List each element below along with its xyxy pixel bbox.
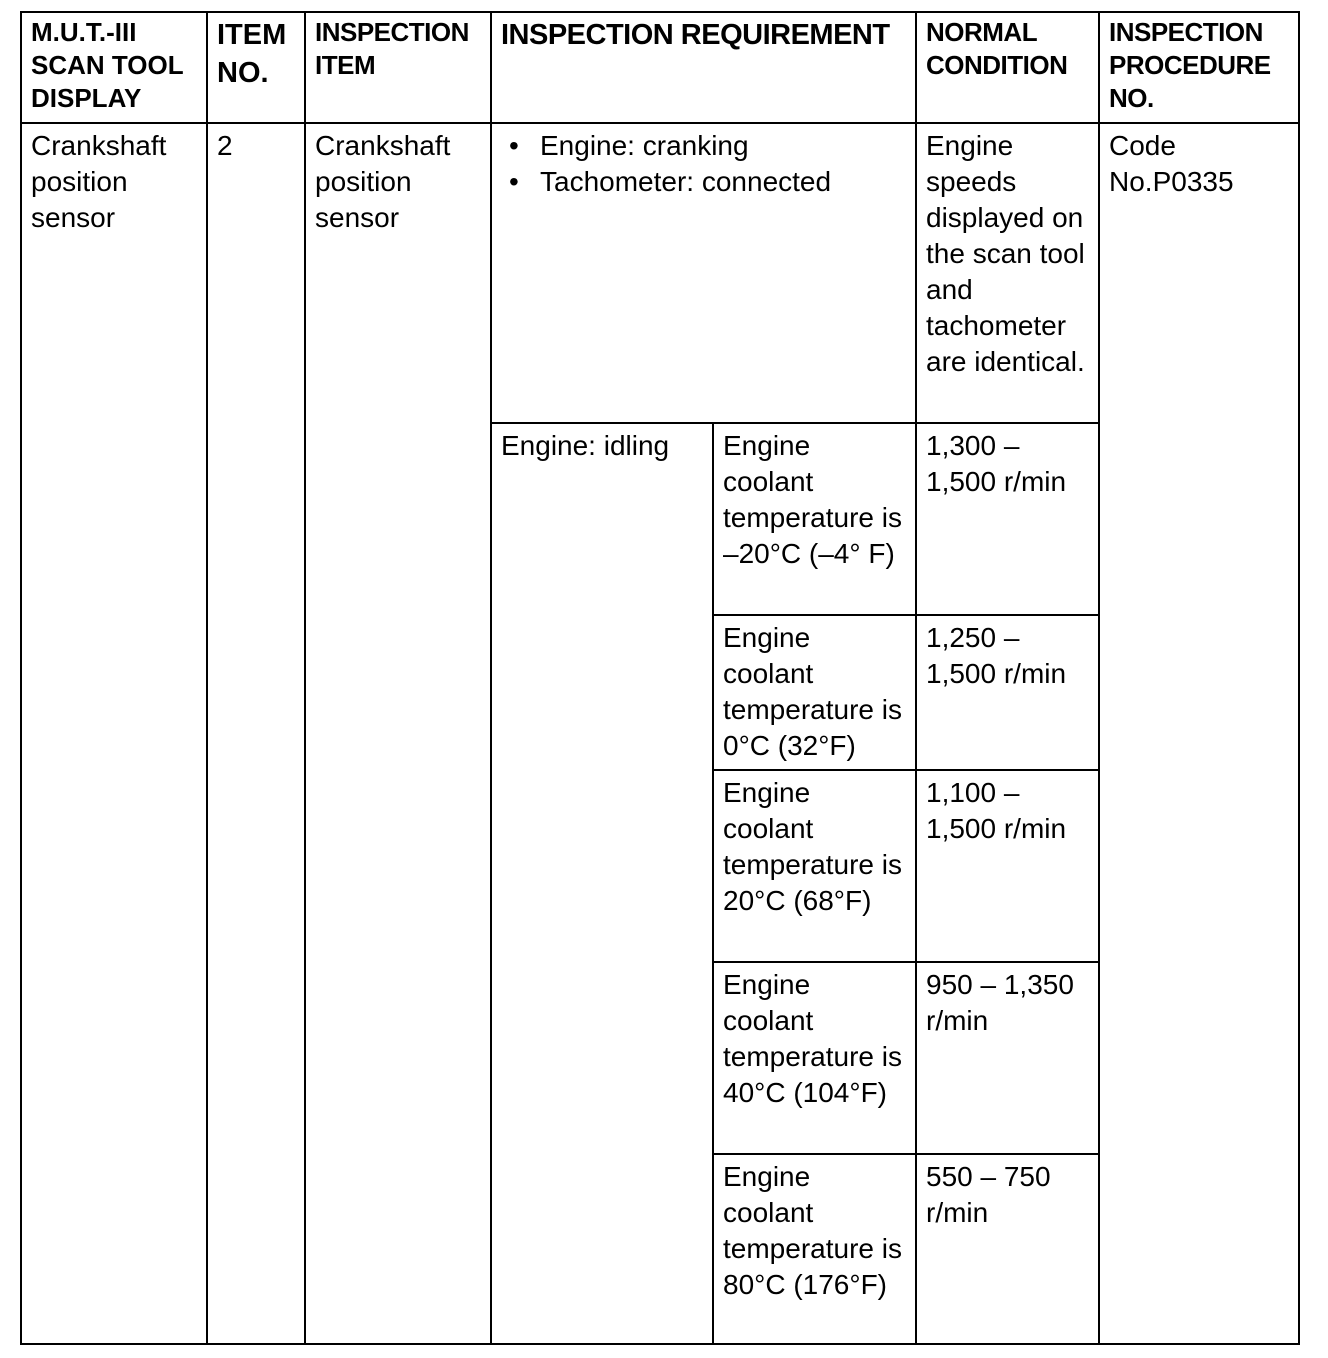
item-no-cell: 2 [207,123,305,1344]
header-procedure-no: INSPECTION PROCEDURE NO. [1099,12,1299,123]
header-normal-condition: NORMAL CONDITION [916,12,1099,123]
cranking-requirement-cell: Engine: cranking Tachometer: connected [491,123,916,423]
inspection-item-cell: Crankshaft position sensor [305,123,491,1344]
list-item: Engine: cranking [501,128,907,164]
header-scan-tool-display: M.U.T.-III SCAN TOOL DISPLAY [21,12,207,123]
coolant-condition-cell: Engine coolant temperature is 80°C (176°… [713,1154,916,1344]
coolant-condition-cell: Engine coolant temperature is –20°C (–4°… [713,423,916,615]
header-inspection-requirement: INSPECTION REQUIREMENT [491,12,916,123]
table-row: Crankshaft position sensor 2 Crankshaft … [21,123,1299,423]
cranking-normal-condition-cell: Engine speeds displayed on the scan tool… [916,123,1099,423]
header-item-no: ITEM NO. [207,12,305,123]
normal-rpm-cell: 1,300 – 1,500 r/min [916,423,1099,615]
normal-rpm-cell: 550 – 750 r/min [916,1154,1099,1344]
inspection-table: M.U.T.-III SCAN TOOL DISPLAY ITEM NO. IN… [20,11,1300,1345]
normal-rpm-cell: 1,100 – 1,500 r/min [916,770,1099,962]
scan-tool-display-cell: Crankshaft position sensor [21,123,207,1344]
list-item: Tachometer: connected [501,164,907,200]
procedure-no-cell: Code No.P0335 [1099,123,1299,1344]
normal-rpm-cell: 1,250 – 1,500 r/min [916,615,1099,770]
header-row: M.U.T.-III SCAN TOOL DISPLAY ITEM NO. IN… [21,12,1299,123]
coolant-condition-cell: Engine coolant temperature is 40°C (104°… [713,962,916,1154]
requirement-list: Engine: cranking Tachometer: connected [501,128,907,200]
coolant-condition-cell: Engine coolant temperature is 20°C (68°F… [713,770,916,962]
idling-label-cell: Engine: idling [491,423,713,1344]
normal-rpm-cell: 950 – 1,350 r/min [916,962,1099,1154]
coolant-condition-cell: Engine coolant temperature is 0°C (32°F) [713,615,916,770]
header-inspection-item: INSPECTION ITEM [305,12,491,123]
